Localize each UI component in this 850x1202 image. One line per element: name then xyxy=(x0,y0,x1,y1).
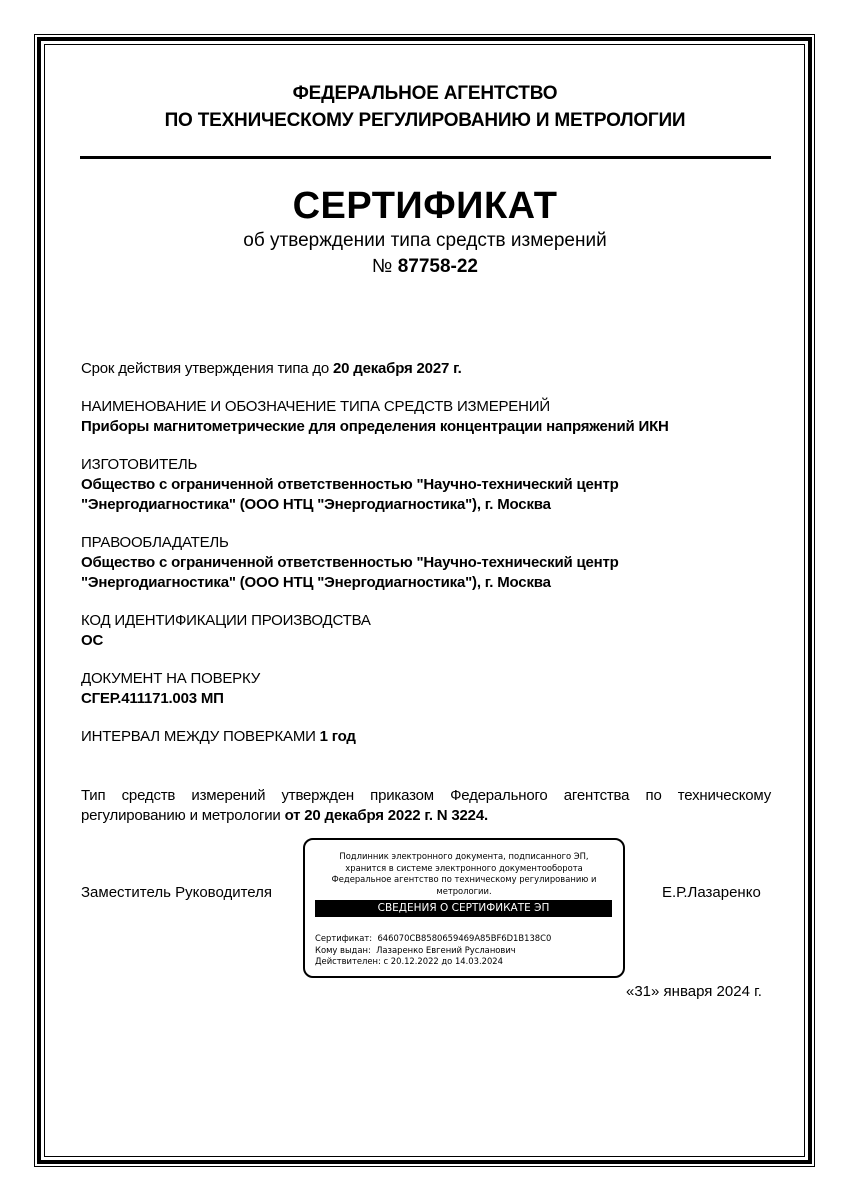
issue-date: «31» января 2024 г. xyxy=(626,982,762,1002)
verification-doc-label: ДОКУМЕНТ НА ПОВЕРКУ xyxy=(81,669,771,689)
stamp-issued-to-label: Кому выдан: xyxy=(315,945,371,955)
section-production-code: КОД ИДЕНТИФИКАЦИИ ПРОИЗВОДСТВА ОС xyxy=(81,611,771,651)
manufacturer-value-line2: "Энергодиагностика" (ООО НТЦ "Энергодиаг… xyxy=(81,495,771,515)
section-type-name: НАИМЕНОВАНИЕ И ОБОЗНАЧЕНИЕ ТИПА СРЕДСТВ … xyxy=(81,397,771,437)
stamp-certificate-label: Сертификат: xyxy=(315,933,372,943)
stamp-header-line2: хранится в системе электронного документ… xyxy=(305,863,623,875)
type-name-label: НАИМЕНОВАНИЕ И ОБОЗНАЧЕНИЕ ТИПА СРЕДСТВ … xyxy=(81,397,771,417)
agency-name-line1: ФЕДЕРАЛЬНОЕ АГЕНТСТВО xyxy=(0,80,850,107)
section-verification-doc: ДОКУМЕНТ НА ПОВЕРКУ СГЕР.411171.003 МП xyxy=(81,669,771,709)
stamp-header-line1: Подлинник электронного документа, подпис… xyxy=(305,851,623,863)
stamp-issued-to-row: Кому выдан: Лазаренко Евгений Русланович xyxy=(315,945,551,957)
production-code-label: КОД ИДЕНТИФИКАЦИИ ПРОИЗВОДСТВА xyxy=(81,611,771,631)
agency-name-line2: ПО ТЕХНИЧЕСКОМУ РЕГУЛИРОВАНИЮ И МЕТРОЛОГ… xyxy=(0,107,850,134)
interval-value: 1 год xyxy=(320,728,356,745)
stamp-valid-row: Действителен: с 20.12.2022 до 14.03.2024 xyxy=(315,956,551,968)
agency-name: ФЕДЕРАЛЬНОЕ АГЕНТСТВО ПО ТЕХНИЧЕСКОМУ РЕ… xyxy=(0,80,850,134)
manufacturer-label: ИЗГОТОВИТЕЛЬ xyxy=(81,455,771,475)
stamp-issued-to-value: Лазаренко Евгений Русланович xyxy=(376,945,516,955)
e-signature-stamp: Подлинник электронного документа, подпис… xyxy=(303,838,625,978)
stamp-certificate-row: Сертификат: 646070CB8580659469A85BF6D1B1… xyxy=(315,933,551,945)
production-code-value: ОС xyxy=(81,631,771,651)
type-name-value: Приборы магнитометрические для определен… xyxy=(81,417,771,437)
section-manufacturer: ИЗГОТОВИТЕЛЬ Общество с ограниченной отв… xyxy=(81,455,771,515)
stamp-certificate-value: 646070CB8580659469A85BF6D1B138C0 xyxy=(377,933,551,943)
stamp-header: Подлинник электронного документа, подпис… xyxy=(305,851,623,897)
order-line1: Тип средств измерений утвержден приказом… xyxy=(81,786,771,806)
validity-line: Срок действия утверждения типа до 20 дек… xyxy=(81,359,771,379)
order-line2-bold: от 20 декабря 2022 г. N 3224. xyxy=(285,807,488,824)
verification-doc-value: СГЕР.411171.003 МП xyxy=(81,689,771,709)
number-prefix: № xyxy=(372,256,398,277)
rights-holder-label: ПРАВООБЛАДАТЕЛЬ xyxy=(81,533,771,553)
header-divider xyxy=(80,156,771,159)
stamp-header-line3: Федеральное агентство по техническому ре… xyxy=(305,874,623,886)
stamp-valid-label: Действителен: xyxy=(315,956,381,966)
signer-role: Заместитель Руководителя xyxy=(81,883,272,903)
stamp-details: Сертификат: 646070CB8580659469A85BF6D1B1… xyxy=(315,933,551,968)
certificate-subtitle: об утверждении типа средств измерений xyxy=(0,229,850,253)
validity-label: Срок действия утверждения типа до xyxy=(81,360,333,377)
number-value: 87758-22 xyxy=(398,256,478,277)
approval-order: Тип средств измерений утвержден приказом… xyxy=(81,786,771,826)
rights-holder-value-line2: "Энергодиагностика" (ООО НТЦ "Энергодиаг… xyxy=(81,573,771,593)
signer-name: Е.Р.Лазаренко xyxy=(662,883,761,903)
certificate-number: № 87758-22 xyxy=(0,255,850,279)
stamp-valid-value: с 20.12.2022 до 14.03.2024 xyxy=(384,956,503,966)
validity-value: 20 декабря 2027 г. xyxy=(333,360,462,377)
rights-holder-value-line1: Общество с ограниченной ответственностью… xyxy=(81,553,771,573)
certificate-title: СЕРТИФИКАТ xyxy=(0,184,850,228)
section-rights-holder: ПРАВООБЛАДАТЕЛЬ Общество с ограниченной … xyxy=(81,533,771,593)
stamp-title-bar: СВЕДЕНИЯ О СЕРТИФИКАТЕ ЭП xyxy=(315,900,612,917)
interval-label: ИНТЕРВАЛ МЕЖДУ ПОВЕРКАМИ xyxy=(81,728,320,745)
section-interval: ИНТЕРВАЛ МЕЖДУ ПОВЕРКАМИ 1 год xyxy=(81,727,771,747)
stamp-header-line4: метрологии. xyxy=(305,886,623,898)
order-line2-plain: регулированию и метрологии xyxy=(81,807,285,824)
manufacturer-value-line1: Общество с ограниченной ответственностью… xyxy=(81,475,771,495)
order-line2: регулированию и метрологии от 20 декабря… xyxy=(81,806,771,826)
